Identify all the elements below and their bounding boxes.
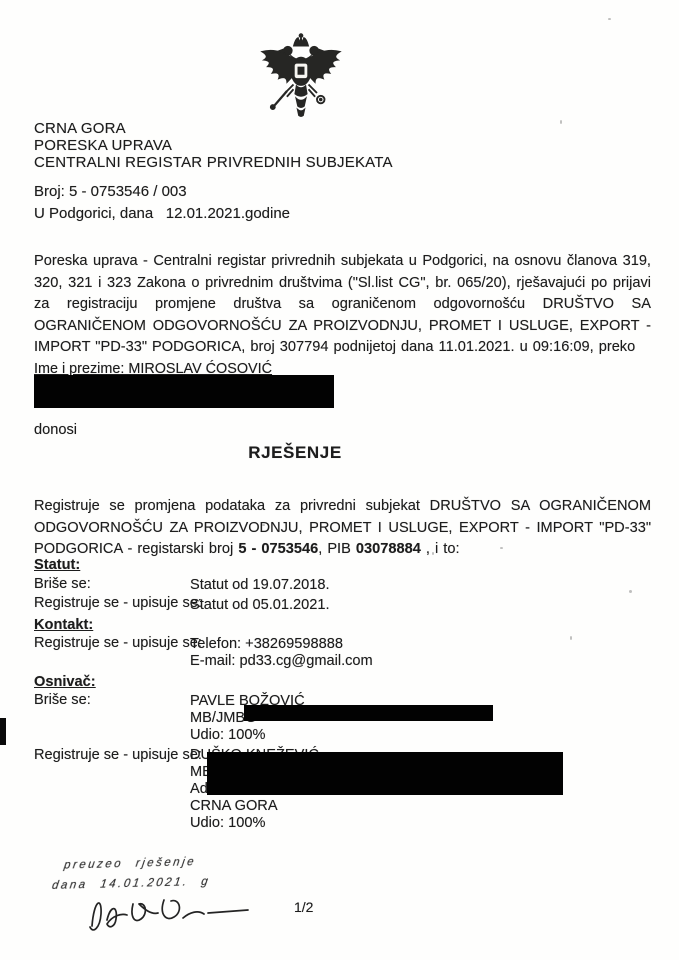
decision-paragraph: Registruje se promjena podataka za privr… — [34, 496, 651, 561]
kontakt-email-value: E-mail: pd33.cg@gmail.com — [190, 653, 373, 669]
osnivac-registruje-label: Registruje se - upisuje se: — [34, 747, 202, 763]
country-name: CRNA GORA — [34, 120, 393, 137]
osnivac-registruje-adresa: Ad — [190, 781, 208, 797]
decision-title: RJEŠENJE — [0, 443, 590, 463]
intro-paragraph: Poreska uprava - Centralni registar priv… — [34, 251, 651, 359]
statut-brise-value: Statut od 19.07.2018. — [190, 577, 330, 593]
redaction-box-founder — [207, 752, 563, 795]
decision-paragraph-part2: , PIB — [318, 541, 356, 557]
osnivac-registruje-country: CRNA GORA — [190, 798, 278, 814]
statut-registruje-label: Registruje se - upisuje se: — [34, 595, 202, 611]
decision-paragraph-part3: , i to: — [421, 541, 460, 557]
scan-speck — [432, 552, 434, 555]
section-heading-osnivac: Osnivač: — [34, 674, 96, 690]
case-number: Broj: 5 - 0753546 / 003 — [34, 183, 187, 200]
scanned-document-page: CRNA GORA PORESKA UPRAVA CENTRALNI REGIS… — [0, 0, 679, 960]
authority-name: PORESKA UPRAVA — [34, 137, 393, 154]
kontakt-registruje-label: Registruje se - upisuje se: — [34, 635, 202, 651]
redaction-box-mb-jmbg — [244, 705, 493, 721]
section-heading-kontakt: Kontakt: — [34, 617, 93, 633]
handwritten-note-line1: preuzeo rješenje — [63, 856, 197, 872]
pib-number: 03078884 — [356, 541, 421, 557]
registry-name: CENTRALNI REGISTAR PRIVREDNIH SUBJEKATA — [34, 154, 393, 171]
place-and-date: U Podgorici, dana 12.01.2021.godine — [34, 205, 290, 222]
donosi-label: donosi — [34, 422, 77, 438]
scan-speck — [560, 120, 562, 124]
redaction-box-submitter — [34, 375, 334, 408]
scan-speck — [570, 636, 572, 640]
signature-scribble — [80, 888, 255, 938]
section-heading-statut: Statut: — [34, 557, 80, 573]
statut-registruje-value: Statut od 05.01.2021. — [190, 597, 330, 613]
osnivac-registruje-udio: Udio: 100% — [190, 815, 265, 831]
page-number: 1/2 — [294, 899, 313, 915]
scan-edge-artifact — [0, 718, 6, 745]
osnivac-brise-udio: Udio: 100% — [190, 727, 265, 743]
registration-number: 5 - 0753546 — [238, 541, 318, 557]
statut-brise-label: Briše se: — [34, 576, 91, 592]
scan-speck — [262, 524, 265, 526]
scan-speck — [629, 590, 632, 593]
kontakt-phone-value: Telefon: +38269598888 — [190, 636, 343, 652]
scan-speck — [608, 18, 611, 20]
scan-speck — [500, 547, 503, 549]
osnivac-brise-label: Briše se: — [34, 692, 91, 708]
montenegro-coat-of-arms-icon — [254, 31, 348, 123]
letterhead: CRNA GORA PORESKA UPRAVA CENTRALNI REGIS… — [34, 120, 393, 171]
